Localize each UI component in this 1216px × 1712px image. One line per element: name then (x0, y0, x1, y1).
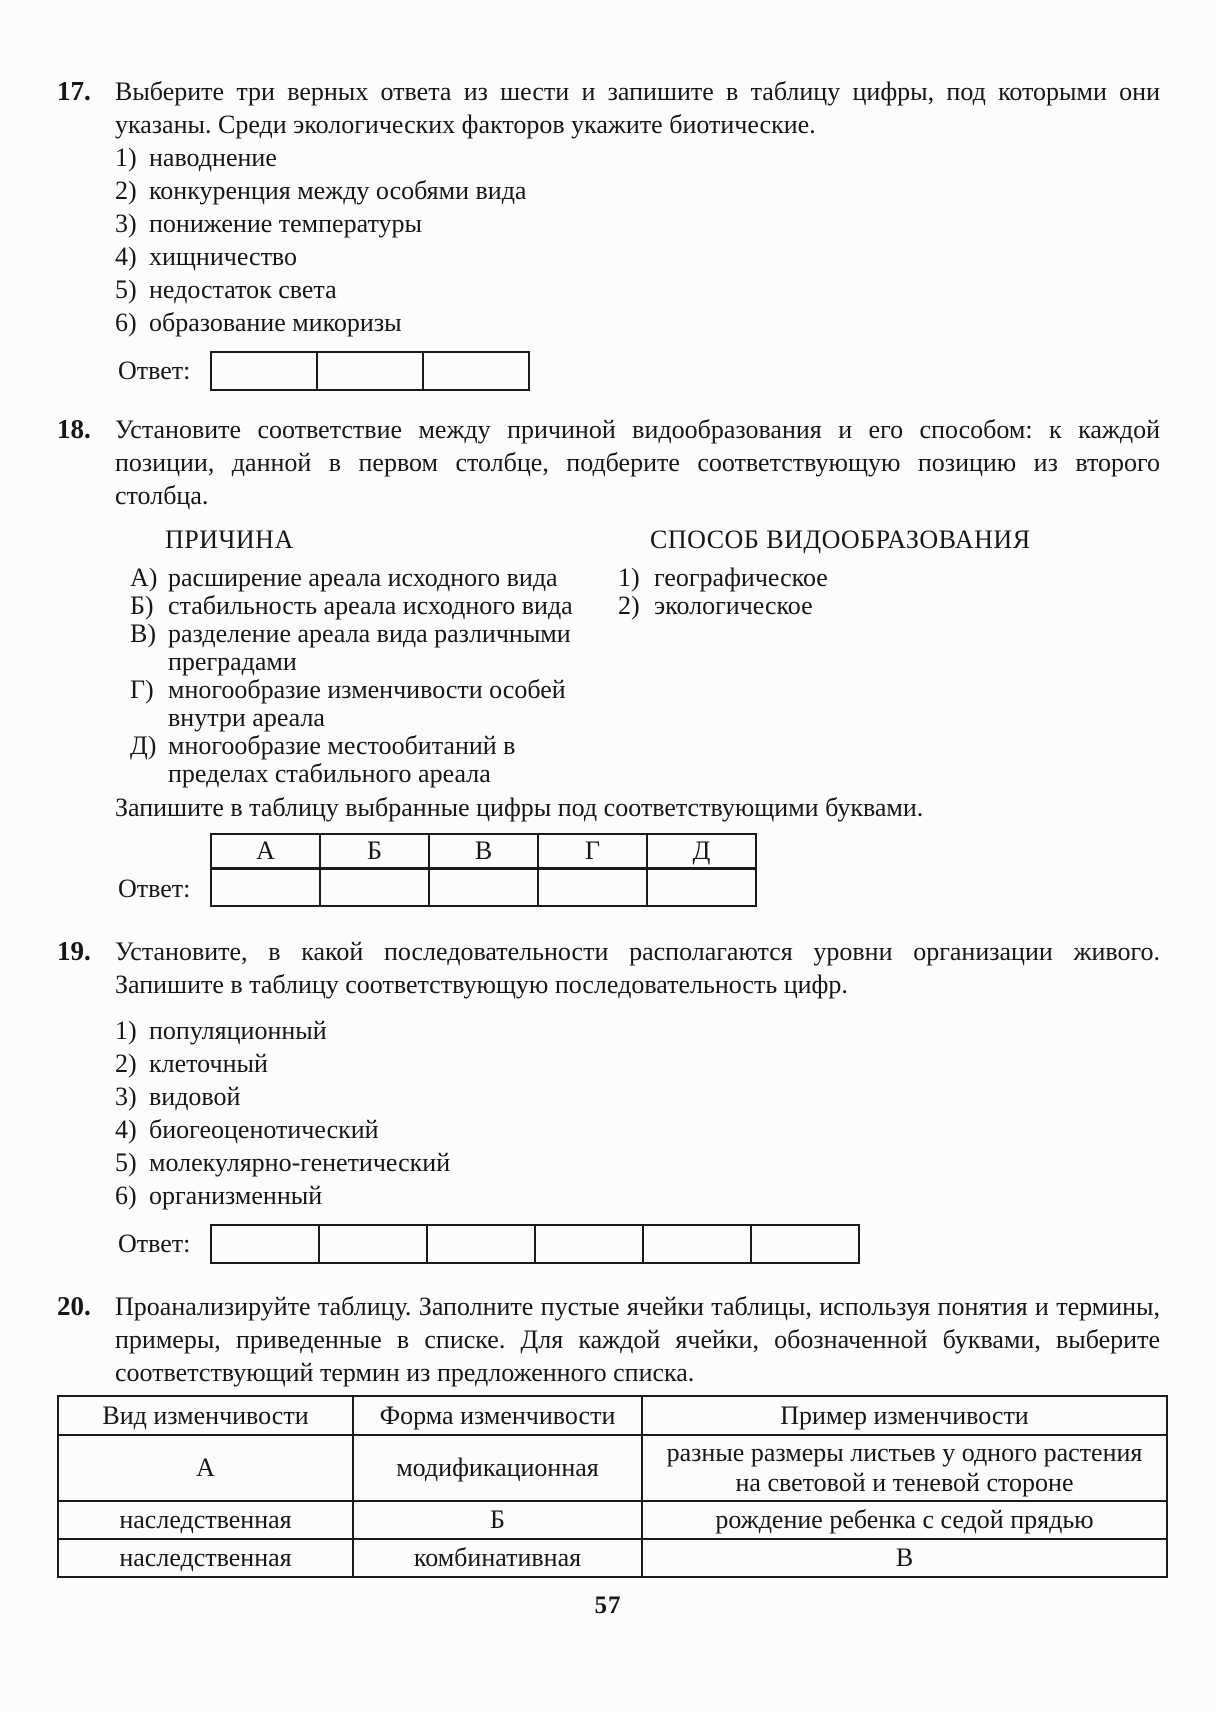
question-19-answer-row: Ответ: (118, 1224, 1160, 1264)
answer-header-cell: Д (647, 834, 756, 869)
match-option-number: 1) (618, 564, 654, 592)
table-cell: комбинативная (353, 1539, 642, 1577)
option-item: 6)образование микоризы (115, 306, 1160, 339)
question-17-text: Выберите три верных ответа из шести и за… (115, 75, 1160, 141)
match-right-column: СПОСОБ ВИДООБРАЗОВАНИЯ 1)географическое … (618, 525, 1031, 788)
option-text: клеточный (149, 1047, 268, 1080)
variability-table: Вид изменчивости Форма изменчивости Прим… (57, 1395, 1168, 1578)
option-number: 3) (115, 207, 149, 240)
option-number: 4) (115, 1113, 149, 1146)
answer-header-cell: Г (538, 834, 647, 869)
question-20-text: Проанализируйте таблицу. Заполните пусты… (115, 1290, 1160, 1389)
match-left-column: ПРИЧИНА А)расширение ареала исходного ви… (130, 525, 588, 788)
question-17-number: 17. (57, 75, 115, 141)
table-cell-v: В (642, 1539, 1167, 1577)
table-row: наследственная Б рождение ребенка с седо… (58, 1501, 1167, 1539)
answer-cell[interactable] (647, 869, 756, 907)
answer-cell[interactable] (427, 1225, 535, 1263)
match-item-letter: Б) (130, 592, 168, 620)
answer-cell[interactable] (211, 352, 317, 390)
page-number: 57 (0, 1592, 1216, 1620)
question-18-text: Установите соответствие между причиной в… (115, 413, 1160, 512)
option-text: популяционный (149, 1014, 327, 1047)
answer-cell[interactable] (423, 352, 529, 390)
option-item: 2)клеточный (115, 1047, 1160, 1080)
table-cell: наследственная (58, 1501, 353, 1539)
match-option: 2)экологическое (618, 592, 1031, 620)
answer-cell[interactable] (319, 1225, 427, 1263)
match-item: Д)многообразие местообитаний в пределах … (130, 732, 588, 788)
match-option: 1)географическое (618, 564, 1031, 592)
match-item: Б)стабильность ареала исходного вида (130, 592, 588, 620)
option-text: молекулярно-генетический (149, 1146, 450, 1179)
answer-cell[interactable] (317, 352, 423, 390)
match-item: Г)многообразие изменчивости особей внутр… (130, 676, 588, 732)
table-cell: наследственная (58, 1539, 353, 1577)
match-option-number: 2) (618, 592, 654, 620)
match-left-header: ПРИЧИНА (165, 525, 588, 555)
match-item-letter: Д) (130, 732, 168, 788)
question-18-answer-row: Ответ: А Б В Г Д (118, 833, 1160, 907)
question-18-number: 18. (57, 413, 115, 512)
match-item-text: расширение ареала исходного вида (168, 564, 588, 592)
question-17-answer-row: Ответ: (118, 351, 1160, 391)
option-number: 4) (115, 240, 149, 273)
answer-cell[interactable] (429, 869, 538, 907)
option-number: 6) (115, 306, 149, 339)
match-item: В)разделение ареала вида различ­ными пре… (130, 620, 588, 676)
match-item-text: разделение ареала вида различ­ными прегр… (168, 620, 588, 676)
option-text: наводнение (149, 141, 277, 174)
table-cell: модификационная (353, 1435, 642, 1501)
answer-cell[interactable] (535, 1225, 643, 1263)
match-item: А)расширение ареала исходного вида (130, 564, 588, 592)
answer-header-cell: В (429, 834, 538, 869)
option-item: 4)биогеоценотический (115, 1113, 1160, 1146)
match-item-text: многообразие местообитаний в пределах ст… (168, 732, 588, 788)
answer-table-5: А Б В Г Д (210, 833, 757, 907)
option-text: хищничество (149, 240, 297, 273)
option-text: понижение температуры (149, 207, 422, 240)
matching-columns: ПРИЧИНА А)расширение ареала исходного ви… (130, 525, 1160, 788)
question-20-number: 20. (57, 1290, 115, 1389)
question-17: 17. Выберите три верных ответа из шести … (57, 75, 1160, 391)
match-item-letter: В) (130, 620, 168, 676)
option-number: 2) (115, 174, 149, 207)
answer-label: Ответ: (118, 1224, 210, 1264)
option-item: 5)недостаток света (115, 273, 1160, 306)
option-text: биогеоценотический (149, 1113, 379, 1146)
option-number: 1) (115, 1014, 149, 1047)
question-18: 18. Установите соответствие между причин… (57, 413, 1160, 907)
option-number: 3) (115, 1080, 149, 1113)
option-number: 6) (115, 1179, 149, 1212)
match-item-letter: Г) (130, 676, 168, 732)
question-19: 19. Установите, в какой последовательнос… (57, 935, 1160, 1264)
option-text: конкуренция между особями вида (149, 174, 526, 207)
answer-header-cell: Б (320, 834, 429, 869)
table-cell: рождение ребенка с седой прядью (642, 1501, 1167, 1539)
question-19-options: 1)популяционный 2)клеточный 3)видовой 4)… (115, 1014, 1160, 1212)
table-header-row: Вид изменчивости Форма изменчивости Прим… (58, 1396, 1167, 1435)
exam-page: 17. Выберите три верных ответа из шести … (0, 0, 1216, 1712)
table-row: наследственная комбинативная В (58, 1539, 1167, 1577)
option-item: 4)хищничество (115, 240, 1160, 273)
question-17-options: 1)наводнение 2)конкуренция между особями… (115, 141, 1160, 339)
option-item: 2)конкуренция между особями вида (115, 174, 1160, 207)
option-number: 2) (115, 1047, 149, 1080)
table-header-cell: Вид изменчивости (58, 1396, 353, 1435)
option-number: 1) (115, 141, 149, 174)
table-row: А модификационная разные размеры листьев… (58, 1435, 1167, 1501)
answer-cell[interactable] (320, 869, 429, 907)
option-item: 6)организменный (115, 1179, 1160, 1212)
option-text: организменный (149, 1179, 322, 1212)
option-number: 5) (115, 1146, 149, 1179)
question-19-number: 19. (57, 935, 115, 1001)
question-18-instruction: Запишите в таблицу выбранные цифры под с… (115, 791, 1160, 824)
match-item-text: стабильность ареала исходного вида (168, 592, 588, 620)
match-option-text: экологическое (654, 592, 813, 620)
option-text: недостаток света (149, 273, 337, 306)
answer-cell[interactable] (211, 869, 320, 907)
answer-cell[interactable] (538, 869, 647, 907)
answer-cell[interactable] (751, 1225, 859, 1263)
option-item: 1)популяционный (115, 1014, 1160, 1047)
answer-table-3 (210, 351, 530, 391)
question-19-text: Установите, в какой последовательности р… (115, 935, 1160, 1001)
answer-cell[interactable] (643, 1225, 751, 1263)
answer-cell[interactable] (211, 1225, 319, 1263)
option-item: 3)видовой (115, 1080, 1160, 1113)
match-right-header: СПОСОБ ВИДООБРАЗОВАНИЯ (650, 525, 1031, 555)
answer-label: Ответ: (118, 351, 210, 391)
answer-table-6 (210, 1224, 860, 1264)
option-text: видовой (149, 1080, 240, 1113)
answer-header-cell: А (211, 834, 320, 869)
option-item: 3)понижение температуры (115, 207, 1160, 240)
match-option-text: географическое (654, 564, 828, 592)
table-cell-b: Б (353, 1501, 642, 1539)
option-item: 5)молекулярно-генетический (115, 1146, 1160, 1179)
table-cell-a: А (58, 1435, 353, 1501)
match-item-letter: А) (130, 564, 168, 592)
table-header-cell: Пример изменчивости (642, 1396, 1167, 1435)
question-20: 20. Проанализируйте таблицу. Заполните п… (57, 1290, 1160, 1578)
table-header-cell: Форма изменчивости (353, 1396, 642, 1435)
match-item-text: многообразие изменчивости особей внутри … (168, 676, 588, 732)
answer-label: Ответ: (118, 870, 210, 907)
option-number: 5) (115, 273, 149, 306)
option-item: 1)наводнение (115, 141, 1160, 174)
table-cell: разные размеры листьев у одного растения… (642, 1435, 1167, 1501)
option-text: образование микоризы (149, 306, 402, 339)
